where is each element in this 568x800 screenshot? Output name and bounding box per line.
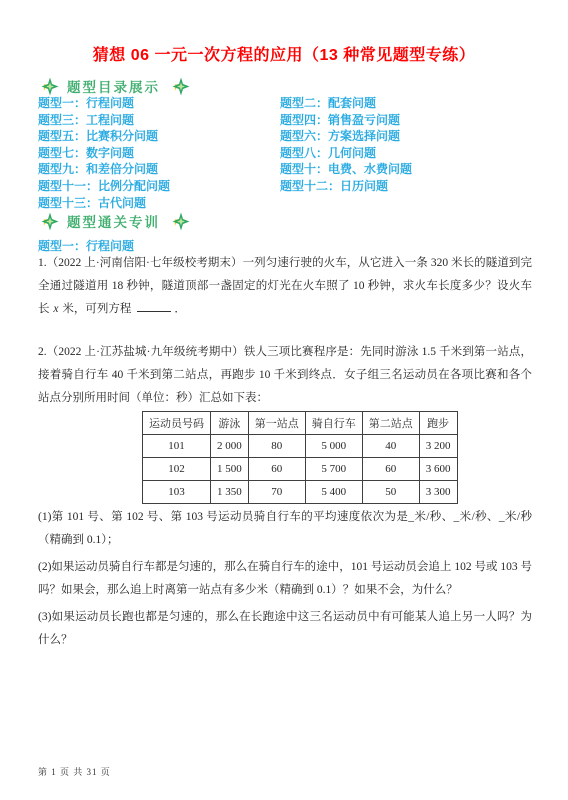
- table-row: 101 2 000 80 5 000 40 3 200: [143, 435, 458, 458]
- table-header-cell: 游泳: [211, 412, 249, 435]
- table-cell: 60: [362, 458, 419, 481]
- table-header-cell: 跑步: [419, 412, 457, 435]
- topic-link-2: 题型二：配套问题: [280, 95, 538, 112]
- topic-link-9: 题型九：和差倍分问题: [38, 161, 280, 178]
- topic-link-10: 题型十：电费、水费问题: [280, 161, 538, 178]
- table-cell: 3 200: [419, 435, 457, 458]
- table-cell: 5 700: [305, 458, 362, 481]
- table-row: 102 1 500 60 5 700 60 3 600: [143, 458, 458, 481]
- table-cell: 5 000: [305, 435, 362, 458]
- question-2: (2)如果运动员骑自行车都是匀速的，那么在骑自行车的途中，101 号运动员会追上…: [38, 556, 532, 602]
- sparkle-star-icon: [167, 212, 191, 231]
- problem-1-tail: 米，可列方程: [59, 303, 131, 315]
- topic-link-7: 题型七：数字问题: [38, 145, 280, 162]
- question-3: (3)如果运动员长跑也都是匀速的，那么在长跑途中这三名运动员中有可能某人追上另一…: [38, 606, 532, 652]
- table-cell: 70: [248, 481, 305, 504]
- table-cell: 3 600: [419, 458, 457, 481]
- toc-banner: 题型目录展示: [36, 76, 191, 96]
- table-header-row: 运动员号码 游泳 第一站点 骑自行车 第二站点 跑步: [143, 412, 458, 435]
- problem-2-text: 2.（2022 上·江苏盐城·九年级统考期中）铁人三项比赛程序是：先同时游泳 1…: [38, 341, 532, 410]
- table-header-cell: 第一站点: [248, 412, 305, 435]
- table-cell: 102: [143, 458, 211, 481]
- problem-1-text: 1.（2022 上·河南信阳·七年级校考期末）一列匀速行驶的火车，从它进入一条 …: [38, 252, 532, 321]
- table-cell: 80: [248, 435, 305, 458]
- table-header-cell: 运动员号码: [143, 412, 211, 435]
- topic-link-8: 题型八：几何问题: [280, 145, 538, 162]
- topic-link-3: 题型三：工程问题: [38, 112, 280, 129]
- answer-blank: [137, 301, 171, 312]
- topic-link-13: 题型十三：古代问题: [38, 195, 280, 212]
- topic-link-1: 题型一：行程问题: [38, 95, 280, 112]
- table-cell: 2 000: [211, 435, 249, 458]
- page-title: 猜想 06 一元一次方程的应用（13 种常见题型专练）: [0, 42, 568, 65]
- table-cell: 60: [248, 458, 305, 481]
- table-cell: 1 500: [211, 458, 249, 481]
- toc-banner-label: 题型目录展示: [67, 76, 160, 96]
- table-cell: 40: [362, 435, 419, 458]
- document-page: 猜想 06 一元一次方程的应用（13 种常见题型专练） 题型目录展示 题型一：行…: [0, 0, 568, 800]
- sparkle-star-icon: [36, 77, 60, 96]
- sparkle-star-icon: [36, 212, 60, 231]
- topic-link-12: 题型十二：日历问题: [280, 178, 538, 195]
- topic-link-6: 题型六：方案选择问题: [280, 128, 538, 145]
- topic-index-list: 题型一：行程问题 题型三：工程问题 题型五：比赛积分问题 题型七：数字问题 题型…: [38, 95, 538, 211]
- table-cell: 101: [143, 435, 211, 458]
- table-row: 103 1 350 70 5 400 50 3 300: [143, 481, 458, 504]
- problem-1-period: ．: [174, 303, 186, 315]
- drill-banner: 题型通关专训: [36, 211, 191, 231]
- sparkle-star-icon: [167, 77, 191, 96]
- triathlon-times-table: 运动员号码 游泳 第一站点 骑自行车 第二站点 跑步 101 2 000 80 …: [142, 411, 458, 504]
- drill-banner-label: 题型通关专训: [67, 211, 160, 231]
- table-header-cell: 第二站点: [362, 412, 419, 435]
- topic-link-11: 题型十一：比例分配问题: [38, 178, 280, 195]
- question-1: (1)第 101 号、第 102 号、第 103 号运动员骑自行车的平均速度依次…: [38, 506, 532, 552]
- table-cell: 50: [362, 481, 419, 504]
- page-number-footer: 第 1 页 共 31 页: [38, 765, 111, 778]
- topic-link-4: 题型四：销售盈亏问题: [280, 112, 538, 129]
- table-cell: 5 400: [305, 481, 362, 504]
- table-cell: 1 350: [211, 481, 249, 504]
- table-header-cell: 骑自行车: [305, 412, 362, 435]
- table-cell: 103: [143, 481, 211, 504]
- topic-link-5: 题型五：比赛积分问题: [38, 128, 280, 145]
- table-cell: 3 300: [419, 481, 457, 504]
- problem-2-questions: (1)第 101 号、第 102 号、第 103 号运动员骑自行车的平均速度依次…: [38, 506, 532, 656]
